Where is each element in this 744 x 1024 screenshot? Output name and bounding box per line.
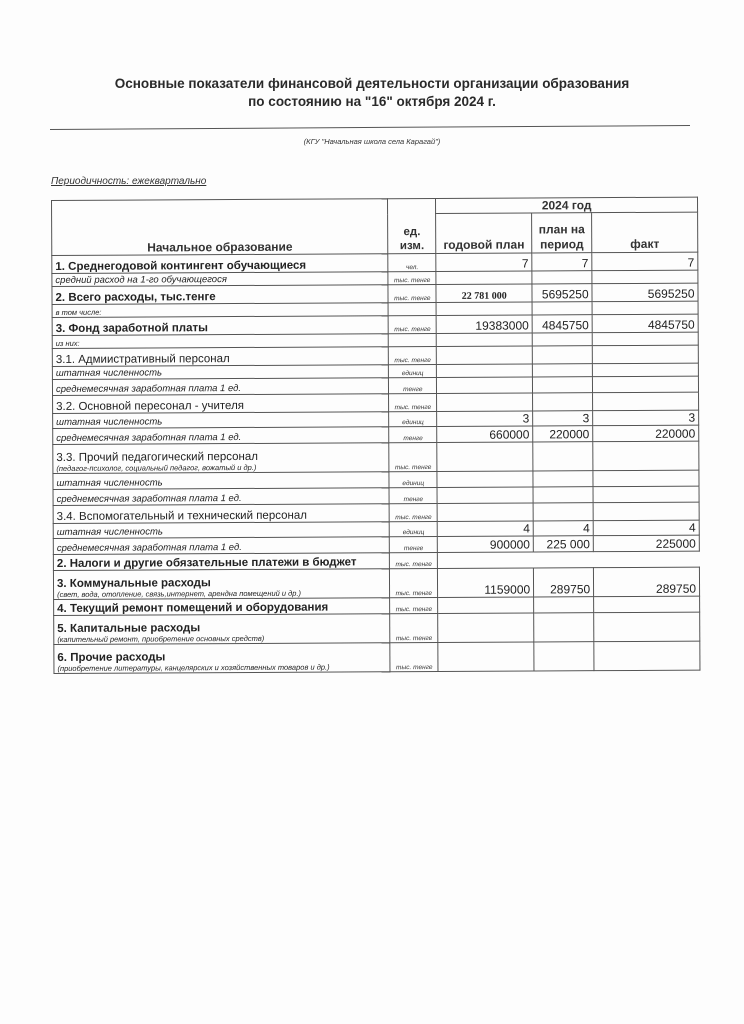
row-name-text: 1. Среднегодовой контингент обучающиеся xyxy=(55,260,306,273)
row-name-text: 3.1. Адмиистративный персонал xyxy=(56,353,230,366)
row-value-annual xyxy=(437,377,533,394)
row-value-annual: 7 xyxy=(436,253,532,272)
row-value-fact: 225000 xyxy=(593,535,699,552)
row-value-period: 3 xyxy=(533,411,593,426)
row-name: штатная численность xyxy=(53,472,389,490)
table-body: 1. Среднегодовой контингент обучающиесяч… xyxy=(52,252,700,673)
row-unit: чел. xyxy=(388,253,436,271)
row-value-period xyxy=(533,377,593,393)
row-unit: тыс. тенге xyxy=(389,346,437,364)
row-value-period: 7 xyxy=(532,253,592,271)
row-name-text: 3.4. Вспомогательный и технический персо… xyxy=(57,510,307,523)
row-unit: единиц xyxy=(389,471,437,487)
row-name: 3.2. Основной пересонал - учителя xyxy=(53,394,389,414)
row-name-text: 4. Текущий ремонт помещений и оборудован… xyxy=(57,602,328,615)
row-value-fact xyxy=(594,612,700,642)
header-fact: факт xyxy=(592,212,698,253)
row-value-period xyxy=(532,346,592,364)
row-value-fact xyxy=(593,502,699,521)
row-value-annual xyxy=(438,642,534,672)
header-year: 2024 год xyxy=(436,197,698,213)
row-unit: тыс. тенге xyxy=(390,568,438,597)
row-value-annual xyxy=(437,503,533,522)
row-value-period: 289750 xyxy=(534,568,594,597)
row-value-annual xyxy=(437,364,533,378)
table-row: 6. Прочие расходы(приобретение литератур… xyxy=(54,641,700,673)
row-value-annual: 660000 xyxy=(437,426,533,443)
row-unit: тенге xyxy=(390,536,438,552)
row-value-period xyxy=(533,364,593,377)
table-row: 3.3. Прочий педагогический персонал(педа… xyxy=(53,441,699,473)
row-name: штатная численность xyxy=(53,412,389,429)
row-unit: тыс. тенге xyxy=(388,284,436,302)
row-value-fact: 220000 xyxy=(593,425,699,442)
row-value-fact: 289750 xyxy=(594,567,700,597)
row-unit: тенге xyxy=(389,377,437,393)
row-name: среднемесячная заработная плата 1 ед. xyxy=(53,488,389,506)
row-value-annual xyxy=(436,333,532,347)
row-value-period xyxy=(533,442,593,471)
row-value-fact: 4 xyxy=(593,520,699,536)
row-name-text: 3.2. Основной пересонал - учителя xyxy=(56,400,244,413)
row-name-text: штатная численность xyxy=(57,526,163,538)
row-name: 3.4. Вспомогательный и технический персо… xyxy=(53,504,389,524)
row-name-text: штатная численность xyxy=(56,367,162,379)
row-name-text: среднемесячная заработная плата 1 ед. xyxy=(56,432,241,444)
row-name-text: 2. Всего расходы, тыс.тенге xyxy=(55,291,215,304)
row-unit xyxy=(388,302,436,315)
row-value-period: 225 000 xyxy=(533,536,593,552)
row-name: среднемесячная заработная плата 1 ед. xyxy=(53,537,389,555)
row-unit: тыс. тенге xyxy=(390,642,438,671)
row-value-annual: 4 xyxy=(437,521,533,537)
row-name: 6. Прочие расходы(приобретение литератур… xyxy=(54,643,390,674)
row-name: 3. Фонд заработной платы xyxy=(52,316,388,336)
financial-indicators-table: Начальное образование ед. изм. 2024 год … xyxy=(51,197,700,674)
header-period-plan: план на период xyxy=(532,213,592,253)
row-unit: тыс. тенге xyxy=(389,503,437,521)
table-row: 5. Капитальные расходы(капительный ремон… xyxy=(54,612,700,644)
row-value-period xyxy=(534,613,594,642)
row-name-text: 3. Фонд заработной платы xyxy=(56,322,208,335)
row-value-annual: 900000 xyxy=(438,536,534,553)
row-name: 2. Всего расходы, тыс.тенге xyxy=(52,285,388,305)
row-unit: тыс. тенге xyxy=(388,271,436,284)
row-value-fact xyxy=(592,345,698,364)
row-value-fact: 5695250 xyxy=(592,283,698,302)
row-value-period: 4845750 xyxy=(532,315,592,333)
row-value-annual: 1159000 xyxy=(438,568,534,598)
row-name: 3.1. Адмиистративный персонал xyxy=(52,347,388,367)
header-annual-plan: годовой план xyxy=(436,213,532,254)
row-name-text: 2. Налоги и другие обязательные платежи … xyxy=(57,556,357,570)
row-name-text: 3.3. Прочий педагогический персонал xyxy=(56,451,258,464)
row-name: среднемесячная заработная плата 1 ед. xyxy=(52,378,388,396)
row-value-annual xyxy=(437,346,533,365)
row-value-period xyxy=(534,597,594,613)
row-name-text: штатная численность xyxy=(56,477,162,489)
row-value-annual xyxy=(436,302,532,316)
row-unit: тыс. тенге xyxy=(390,552,438,568)
row-name-text: 5. Капитальные расходы xyxy=(57,622,200,635)
row-value-fact xyxy=(594,596,700,613)
row-value-fact xyxy=(592,301,698,315)
row-value-fact: 7 xyxy=(592,252,698,271)
title-line-1: Основные показатели финансовой деятельно… xyxy=(0,75,744,93)
row-value-fact: 4845750 xyxy=(592,314,698,333)
organization-name: (КГУ "Начальная школа села Карагай") xyxy=(0,137,744,146)
row-unit: единиц xyxy=(390,521,438,536)
row-unit: тенге xyxy=(389,487,437,503)
periodicity-label: Периодичность: ежеквартально xyxy=(51,176,206,187)
header-name: Начальное образование xyxy=(52,199,389,256)
row-unit: тыс. тенге xyxy=(389,393,437,411)
row-value-period xyxy=(532,302,592,315)
title-line-2: по состоянию на "16" октября 2024 г. xyxy=(0,93,744,111)
row-value-annual: 22 781 000 xyxy=(436,284,532,303)
row-note: (приобретение литературы, канцелярских и… xyxy=(57,662,386,673)
row-value-fact xyxy=(593,392,699,411)
row-merged-values xyxy=(438,551,700,568)
row-value-period: 220000 xyxy=(533,426,593,442)
row-value-annual xyxy=(436,271,532,285)
row-value-fact: 3 xyxy=(593,410,699,426)
row-value-annual xyxy=(437,487,533,504)
row-name-text: среднемесячная заработная плата 1 ед. xyxy=(57,542,242,554)
row-name-text: в том числе: xyxy=(56,308,102,317)
row-unit: единиц xyxy=(389,364,437,377)
row-value-period xyxy=(533,393,593,411)
organization-underline xyxy=(50,125,690,130)
row-value-annual xyxy=(437,471,533,488)
row-value-annual xyxy=(437,442,533,472)
row-unit: тыс. тенге xyxy=(390,597,438,613)
row-name: 4. Текущий ремонт помещений и оборудован… xyxy=(54,598,390,616)
row-value-period: 4 xyxy=(533,521,593,536)
row-value-period xyxy=(533,471,593,487)
row-name: 1. Среднегодовой контингент обучающиеся xyxy=(52,254,388,274)
row-value-annual xyxy=(438,613,534,643)
row-value-annual: 19383000 xyxy=(436,315,532,334)
row-name: 5. Капитальные расходы(капительный ремон… xyxy=(54,614,390,645)
row-name-text: среднемесячная заработная плата 1 ед. xyxy=(57,493,242,505)
row-name: 3.3. Прочий педагогический персонал(педа… xyxy=(53,443,389,474)
row-unit: тенге xyxy=(389,426,437,442)
row-name: 3. Коммунальные расходы(свет, вода, отоп… xyxy=(53,569,389,600)
row-unit: тыс. тенге xyxy=(389,442,437,471)
header-unit: ед. изм. xyxy=(388,198,436,253)
row-value-period xyxy=(533,487,593,503)
row-value-fact xyxy=(593,376,699,393)
row-name: 2. Налоги и другие обязательные платежи … xyxy=(53,553,389,571)
row-name: среднемесячная заработная плата 1 ед. xyxy=(53,427,389,445)
row-unit: единиц xyxy=(389,411,437,426)
row-name-text: средний расход на 1-го обучающегося xyxy=(55,274,227,286)
row-name-text: из них: xyxy=(56,339,80,348)
row-value-fact xyxy=(592,332,698,346)
row-value-period xyxy=(532,271,592,284)
row-name-text: среднемесячная заработная плата 1 ед. xyxy=(56,383,241,395)
row-value-period xyxy=(533,503,593,521)
row-value-fact xyxy=(592,270,698,284)
table-row: 3. Коммунальные расходы(свет, вода, отоп… xyxy=(53,567,699,599)
row-name-text: 6. Прочие расходы xyxy=(57,651,165,664)
row-value-fact xyxy=(593,470,699,487)
row-unit: тыс. тенге xyxy=(388,315,436,333)
row-name-text: 3. Коммунальные расходы xyxy=(57,577,211,590)
row-value-period xyxy=(532,333,592,346)
row-name-text: штатная численность xyxy=(56,416,162,428)
row-value-annual: 3 xyxy=(437,411,533,427)
row-unit: тыс. тенге xyxy=(390,613,438,642)
row-value-annual xyxy=(437,393,533,412)
row-value-fact xyxy=(593,486,699,503)
document-title: Основные показатели финансовой деятельно… xyxy=(0,75,744,111)
row-value-annual xyxy=(438,597,534,614)
row-name: штатная численность xyxy=(53,522,389,539)
row-value-fact xyxy=(594,641,700,671)
row-unit xyxy=(389,333,437,346)
row-value-period xyxy=(534,642,594,671)
row-value-fact xyxy=(593,441,699,471)
row-value-period: 5695250 xyxy=(532,284,592,302)
row-value-fact xyxy=(592,363,698,377)
